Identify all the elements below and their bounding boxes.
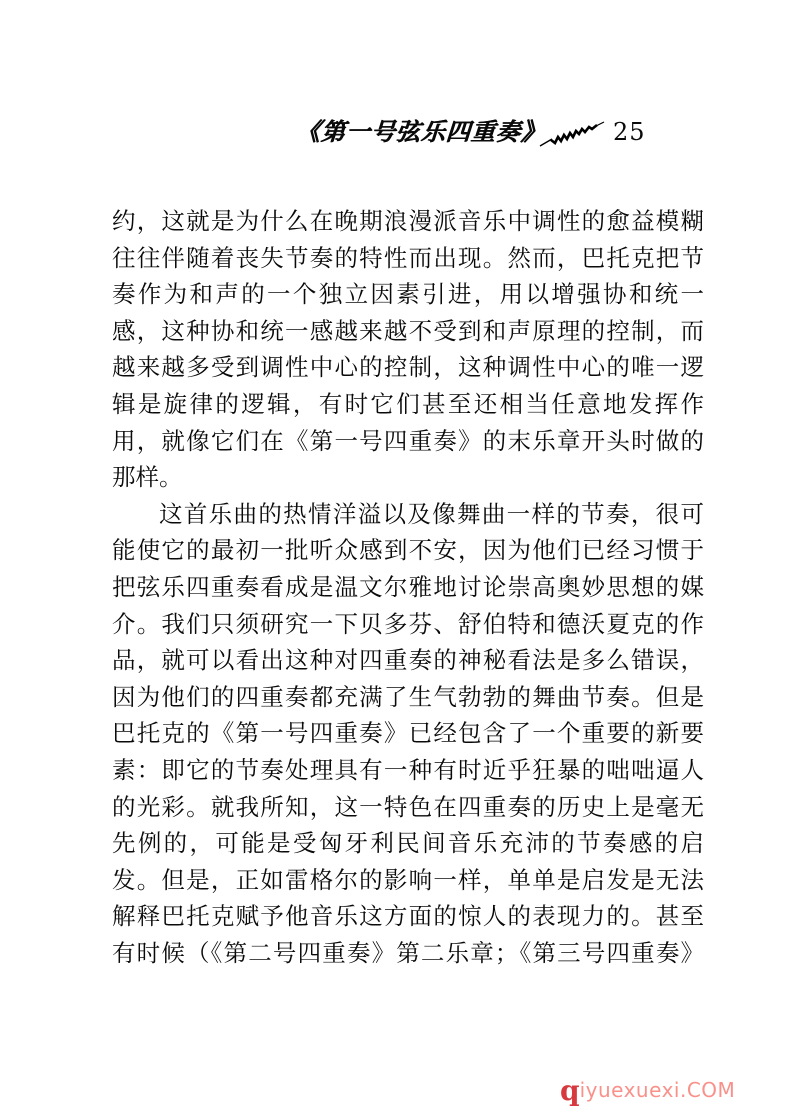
text-line: 感，这种协和统一感越来越不受到和声原理的控制，而 bbox=[112, 313, 704, 350]
text-line: 的光彩。就我所知，这一特色在四重奏的历史上是毫无 bbox=[112, 789, 704, 826]
text-line: 能使它的最初一批听众感到不安，因为他们已经习惯于 bbox=[112, 532, 704, 569]
text-line: 那样。 bbox=[112, 459, 704, 496]
text-line: 发。但是，正如雷格尔的影响一样，单单是启发是无法 bbox=[112, 862, 704, 899]
chapter-title: 《第一号弦乐四重奏》 bbox=[295, 112, 547, 147]
watermark-initial: q bbox=[560, 1074, 580, 1107]
text-line: 约，这就是为什么在晚期浪漫派音乐中调性的愈益模糊 bbox=[112, 203, 704, 240]
text-line: 辑是旋律的逻辑，有时它们甚至还相当任意地发挥作 bbox=[112, 386, 704, 423]
text-line: 因为他们的四重奏都充满了生气勃勃的舞曲节奏。但是 bbox=[112, 679, 704, 716]
text-line: 品，就可以看出这种对四重奏的神秘看法是多么错误， bbox=[112, 642, 704, 679]
text-line: 素：即它的节奏处理具有一种有时近乎狂暴的咄咄逼人 bbox=[112, 752, 704, 789]
text-line: 往往伴随着丧失节奏的特性而出现。然而，巴托克把节 bbox=[112, 240, 704, 277]
text-line: 介。我们只须研究一下贝多芬、舒伯特和德沃夏克的作 bbox=[112, 606, 704, 643]
text-line: 把弦乐四重奏看成是温文尔雅地讨论崇高奥妙思想的媒 bbox=[112, 569, 704, 606]
watermark-text: iyuexuexi.COM bbox=[580, 1078, 736, 1102]
text-line: 越来越多受到调性中心的控制，这种调性中心的唯一逻 bbox=[112, 349, 704, 386]
text-line: 这首乐曲的热情洋溢以及像舞曲一样的节奏，很可 bbox=[112, 496, 704, 533]
text-line: 先例的，可能是受匈牙利民间音乐充沛的节奏感的启 bbox=[112, 825, 704, 862]
body-text: 约，这就是为什么在晚期浪漫派音乐中调性的愈益模糊往往伴随着丧失节奏的特性而出现。… bbox=[112, 203, 704, 971]
text-line: 有时候（《第二号四重奏》第二乐章；《第三号四重奏》 bbox=[112, 935, 704, 972]
page-number: 25 bbox=[613, 118, 646, 146]
text-line: 用，就像它们在《第一号四重奏》的末乐章开头时做的 bbox=[112, 423, 704, 460]
text-line: 奏作为和声的一个独立因素引进，用以增强协和统一 bbox=[112, 276, 704, 313]
book-page: 《第一号弦乐四重奏》 25 约，这就是为什么在晚期浪漫派音乐中调性的愈益模糊往往… bbox=[0, 0, 794, 1120]
watermark: qiyuexuexi.COM bbox=[560, 1074, 735, 1107]
pen-flourish-icon bbox=[536, 114, 608, 152]
text-line: 解释巴托克赋予他音乐这方面的惊人的表现力的。甚至 bbox=[112, 898, 704, 935]
text-line: 巴托克的《第一号四重奏》已经包含了一个重要的新要 bbox=[112, 715, 704, 752]
